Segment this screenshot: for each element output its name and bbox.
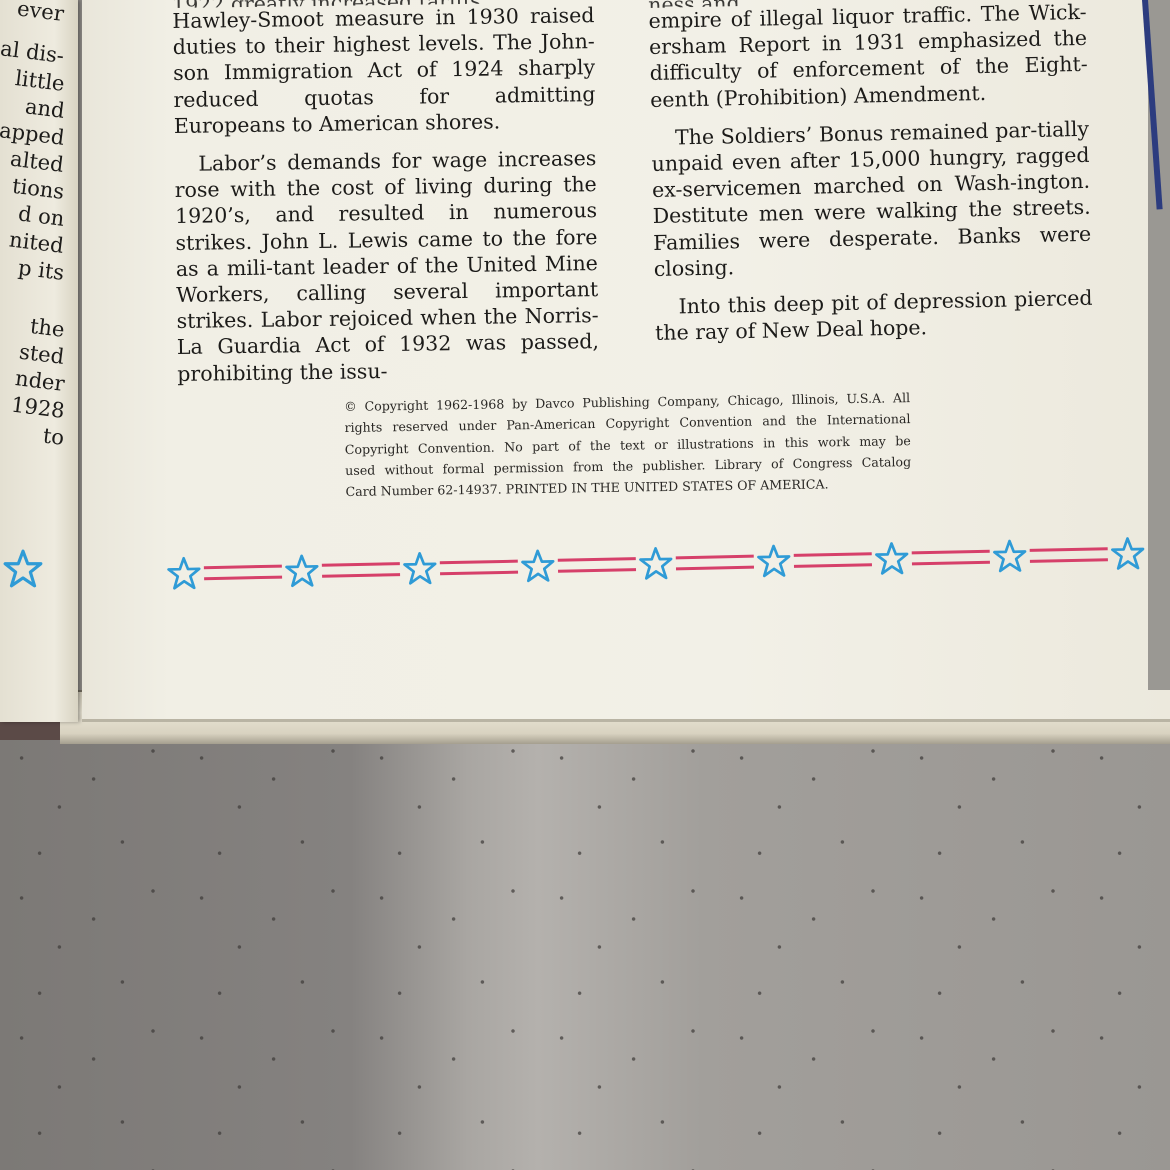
left-page-fragment: little <box>13 66 65 96</box>
right-text-column: ness and empire of illegal liquor traffi… <box>648 0 1093 346</box>
left-page: ever al dis- little and apped alted tion… <box>0 0 78 722</box>
left-page-fragment: nited <box>8 227 65 257</box>
paragraph: empire of illegal liquor traffic. The Wi… <box>648 0 1088 113</box>
table-surface <box>0 730 1170 1170</box>
double-bar <box>1030 547 1108 563</box>
paragraph: Labor’s demands for wage increases rose … <box>174 145 599 387</box>
paragraph: The Soldiers’ Bonus remained par-tially … <box>651 116 1092 282</box>
left-page-fragment: and <box>23 94 65 123</box>
star-outline-icon <box>873 540 910 577</box>
left-page-fragment: to <box>42 424 66 450</box>
star-outline-icon <box>991 538 1028 575</box>
left-page-fragment: nder <box>13 366 65 396</box>
double-bar <box>440 560 518 576</box>
double-bar <box>558 557 636 573</box>
copyright-notice: © Copyright 1962-1968 by Davco Publishin… <box>344 387 912 502</box>
left-page-fragment: sted <box>18 340 66 369</box>
star-outline-icon <box>520 548 557 585</box>
left-page-fragment: p its <box>17 255 66 284</box>
double-bar <box>794 552 872 568</box>
left-page-fragment: tions <box>11 174 66 204</box>
star-outline-icon <box>284 553 321 590</box>
left-page-fragment: apped <box>0 118 65 150</box>
left-page-fragment: 1928 <box>9 393 65 423</box>
star-outline-icon <box>755 543 792 580</box>
double-bar <box>912 550 990 566</box>
double-bar <box>322 562 400 578</box>
double-bar <box>676 555 754 571</box>
left-text-column: 1922 greatly increased tariffs, Hawley-S… <box>172 0 599 387</box>
left-page-fragment: ever <box>16 0 65 26</box>
star-outline-icon <box>1109 535 1146 572</box>
star-outline-icon <box>402 550 439 587</box>
star-outline-icon <box>2 548 44 590</box>
paragraph: Hawley-Smoot measure in 1930 raised duti… <box>172 2 596 139</box>
star-outline-icon <box>166 555 203 592</box>
paragraph: Into this deep pit of depression pierced… <box>654 285 1093 347</box>
left-page-fragment: alted <box>9 147 65 177</box>
star-outline-icon <box>638 545 675 582</box>
double-bar <box>204 565 282 581</box>
left-page-fragment: the <box>28 314 65 342</box>
left-page-fragment: al dis- <box>0 36 65 68</box>
left-page-fragment: d on <box>17 201 66 230</box>
